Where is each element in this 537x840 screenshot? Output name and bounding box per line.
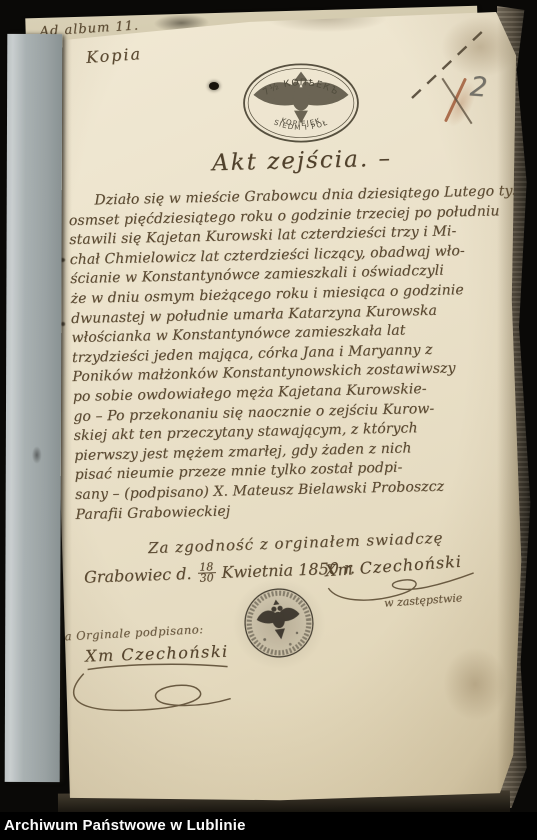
copy-label: Kopia bbox=[85, 44, 142, 67]
revenue-stamp: 7½ КОПѢЕКЪ KOPIEJEK SIEDM I PÓŁ bbox=[240, 60, 362, 146]
double-headed-eagle-stamp-icon: 7½ КОПѢЕКЪ KOPIEJEK SIEDM I PÓŁ bbox=[240, 60, 362, 146]
certification-line: Za zgodność z orginałem swiadczę bbox=[148, 529, 444, 557]
document-title: Akt zejścia. – bbox=[170, 145, 435, 178]
main-page: Kopia 7½ КОПѢЕКЪ KOPIEJEK SIEDM I PÓŁ bbox=[52, 10, 525, 805]
date-fraction: 18 30 bbox=[197, 562, 216, 584]
archive-watermark-label: Archiwum Państwowe w Lublinie bbox=[4, 817, 246, 834]
interleaf-strip bbox=[5, 34, 63, 782]
date-place: Grabowiec d. bbox=[84, 564, 192, 587]
archive-watermark-bar: Archiwum Państwowe w Lublinie bbox=[0, 812, 537, 840]
left-note: Na Orginale podpisano: bbox=[54, 622, 204, 644]
archival-scan: Ad album 11. Kopia 7½ КОПѢЕКЪ KOPIEJEK bbox=[0, 0, 537, 840]
signature-flourish-icon bbox=[59, 660, 261, 719]
smudge-stain bbox=[32, 446, 42, 464]
page-number: 2 bbox=[469, 71, 488, 103]
ink-blot bbox=[209, 82, 219, 90]
left-signature: Xm Czechoński bbox=[59, 641, 261, 719]
date-gregorian: 30 bbox=[198, 573, 216, 584]
document-body: Działo się w mieście Grabowcu dnia dzies… bbox=[68, 183, 522, 526]
